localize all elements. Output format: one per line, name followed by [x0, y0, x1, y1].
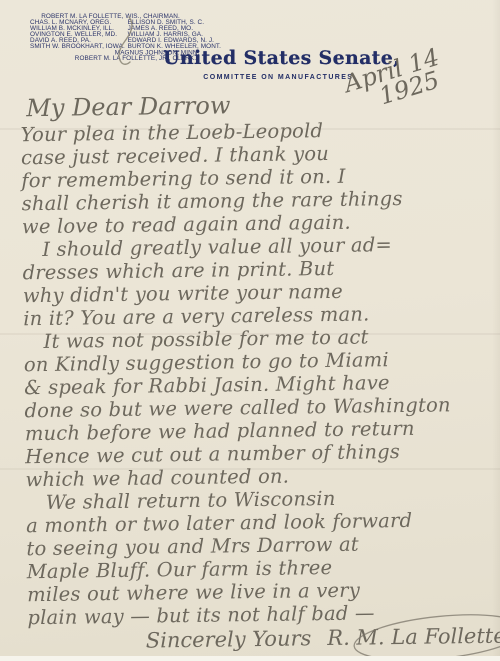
scan-edge-bottom: [0, 656, 500, 661]
paper-crease: [0, 468, 500, 470]
closing-row: Sincerely Yours R. M. La Follette: [28, 624, 494, 655]
closing-spacer: [28, 648, 146, 650]
letter-page: ROBERT M. LA FOLLETTE, WIS., CHAIRMAN. C…: [0, 0, 500, 661]
letter-body: My Dear Darrow Your plea in the Loeb-Leo…: [20, 87, 494, 654]
paper-crease: [0, 128, 500, 130]
scan-edge-shadow: [492, 0, 500, 661]
closing-text: Sincerely Yours: [146, 626, 312, 652]
paper-crease: [0, 333, 500, 335]
signature: R. M. La Follette: [327, 624, 500, 650]
pencil-check-mark: [106, 14, 146, 70]
signature-text: R. M. La Follette: [327, 624, 500, 650]
